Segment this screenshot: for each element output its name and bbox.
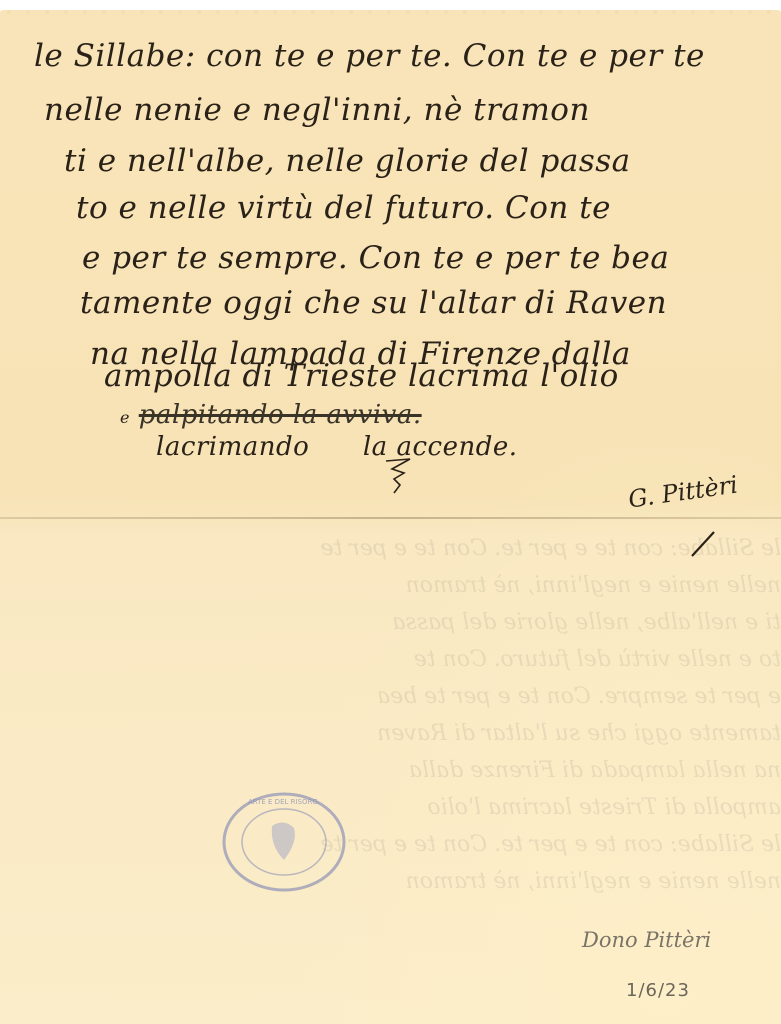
letter-line-6: tamente oggi che su l'altar di Raven (80, 285, 667, 321)
letter-line-1: le Sillabe: con te e per te. Con te e pe… (34, 38, 705, 74)
letter-line-5: e per te sempre. Con te e per te bea (82, 240, 669, 276)
correction-prefix: e (120, 408, 130, 427)
insertion-mark-icon (384, 455, 414, 495)
svg-text:ARTE E DEL RISORG.: ARTE E DEL RISORG. (248, 798, 320, 806)
letter-line-8: ampolla di Trieste lacrima l'olio (104, 358, 619, 394)
letter-body: le Sillabe: con te e per te. Con te e pe… (0, 0, 781, 520)
archive-date: 1/6/23 (626, 980, 690, 1001)
letter-line-3: ti e nell'albe, nelle glorie del passa (64, 143, 631, 179)
archive-donation-note: Dono Pittèri (582, 928, 711, 952)
museum-stamp-icon: ARTE E DEL RISORG. (220, 790, 348, 894)
bleed-through-text: le Sillabe: con te e per te. Con te e pe… (0, 530, 781, 910)
letter-line-4: to e nelle virtù del futuro. Con te (76, 190, 611, 226)
letter-line-2: nelle nenie e negl'inni, nè tramon (44, 92, 590, 128)
signature-flourish-icon (688, 530, 718, 558)
struck-through-text: palpitando la avviva. (139, 400, 422, 430)
inserted-line: lacrimando la accende. (156, 432, 518, 462)
inserted-word: lacrimando (156, 432, 309, 462)
correction-line: e palpitando la avviva. (120, 400, 422, 430)
